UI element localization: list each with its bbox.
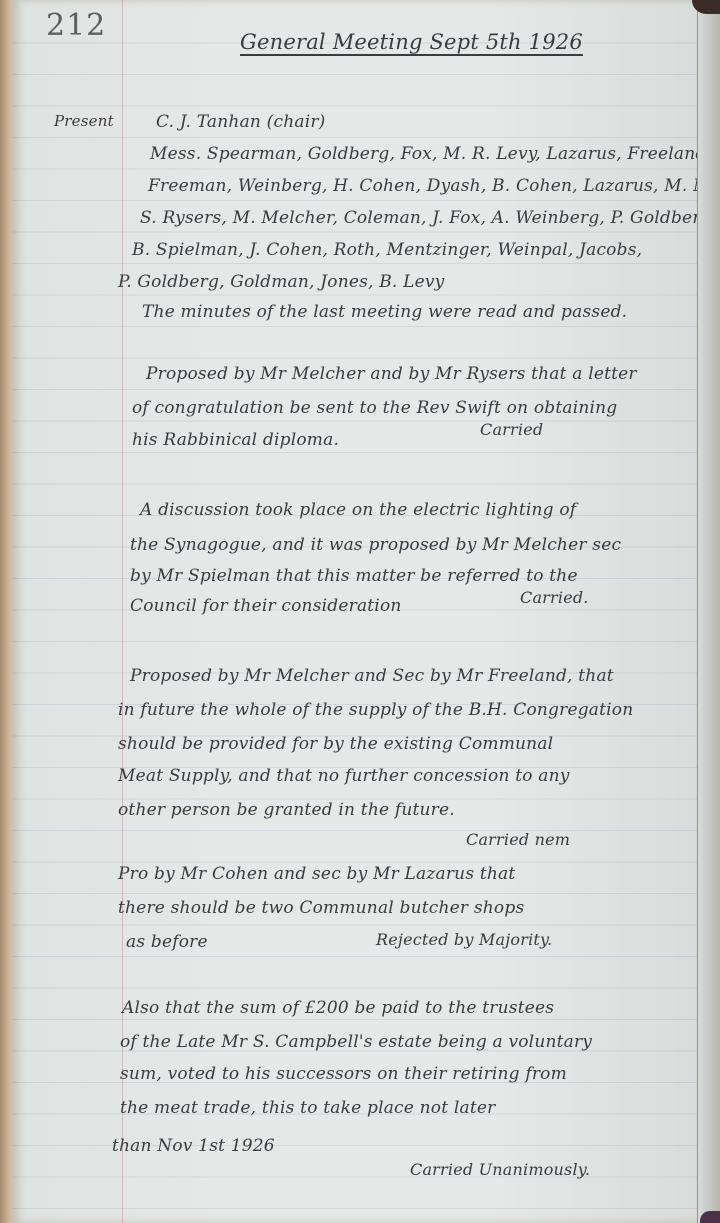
resolution-line: Proposed by Mr Melcher and by Mr Rysers … — [146, 364, 637, 384]
resolution-line: of the Late Mr S. Campbell's estate bein… — [120, 1032, 592, 1052]
resolution-outcome: Carried nem — [466, 830, 570, 849]
resolution-line: the meat trade, this to take place not l… — [120, 1098, 495, 1118]
attendance-line: C. J. Tanhan (chair) — [156, 112, 325, 132]
meeting-title: General Meeting Sept 5th 1926 — [240, 30, 583, 54]
page-gutter-edge — [697, 0, 720, 1223]
resolution-line: his Rabbinical diploma. — [132, 430, 339, 450]
attendance-line: P. Goldberg, Goldman, Jones, B. Levy — [118, 272, 445, 292]
book-corner — [700, 1211, 720, 1223]
attendance-line: Freeman, Weinberg, H. Cohen, Dyash, B. C… — [148, 176, 720, 196]
attendance-line: B. Spielman, J. Cohen, Roth, Mentzinger,… — [132, 240, 642, 260]
resolution-line: there should be two Communal butcher sho… — [118, 898, 524, 918]
resolution-outcome: Carried — [480, 420, 543, 439]
resolution-line: of congratulation be sent to the Rev Swi… — [132, 398, 617, 418]
resolution-line: than Nov 1st 1926 — [112, 1136, 275, 1156]
resolution-line: sum, voted to his successors on their re… — [120, 1064, 567, 1084]
resolution-line: in future the whole of the supply of the… — [118, 700, 633, 720]
minutes-approval: The minutes of the last meeting were rea… — [142, 302, 627, 322]
resolution-line: by Mr Spielman that this matter be refer… — [130, 566, 578, 586]
present-label: Present — [54, 112, 114, 130]
resolution-outcome: Carried. — [520, 588, 589, 607]
resolution-outcome: Carried Unanimously. — [410, 1160, 590, 1179]
resolution-line: A discussion took place on the electric … — [140, 500, 576, 520]
attendance-line: Mess. Spearman, Goldberg, Fox, M. R. Lev… — [150, 144, 712, 164]
resolution-line: other person be granted in the future. — [118, 800, 455, 820]
attendance-line: S. Rysers, M. Melcher, Coleman, J. Fox, … — [140, 208, 717, 228]
resolution-line: as before — [126, 932, 208, 952]
page-number: 212 — [46, 8, 106, 43]
resolution-outcome: Rejected by Majority. — [376, 930, 552, 949]
resolution-line: should be provided for by the existing C… — [118, 734, 553, 754]
resolution-line: Also that the sum of £200 be paid to the… — [122, 998, 554, 1018]
resolution-line: Meat Supply, and that no further concess… — [118, 766, 570, 786]
resolution-line: Pro by Mr Cohen and sec by Mr Lazarus th… — [118, 864, 515, 884]
resolution-line: Council for their consideration — [130, 596, 402, 616]
resolution-line: Proposed by Mr Melcher and Sec by Mr Fre… — [130, 666, 614, 686]
ledger-page: 212 General Meeting Sept 5th 1926 Presen… — [12, 0, 698, 1223]
resolution-line: the Synagogue, and it was proposed by Mr… — [130, 535, 621, 555]
